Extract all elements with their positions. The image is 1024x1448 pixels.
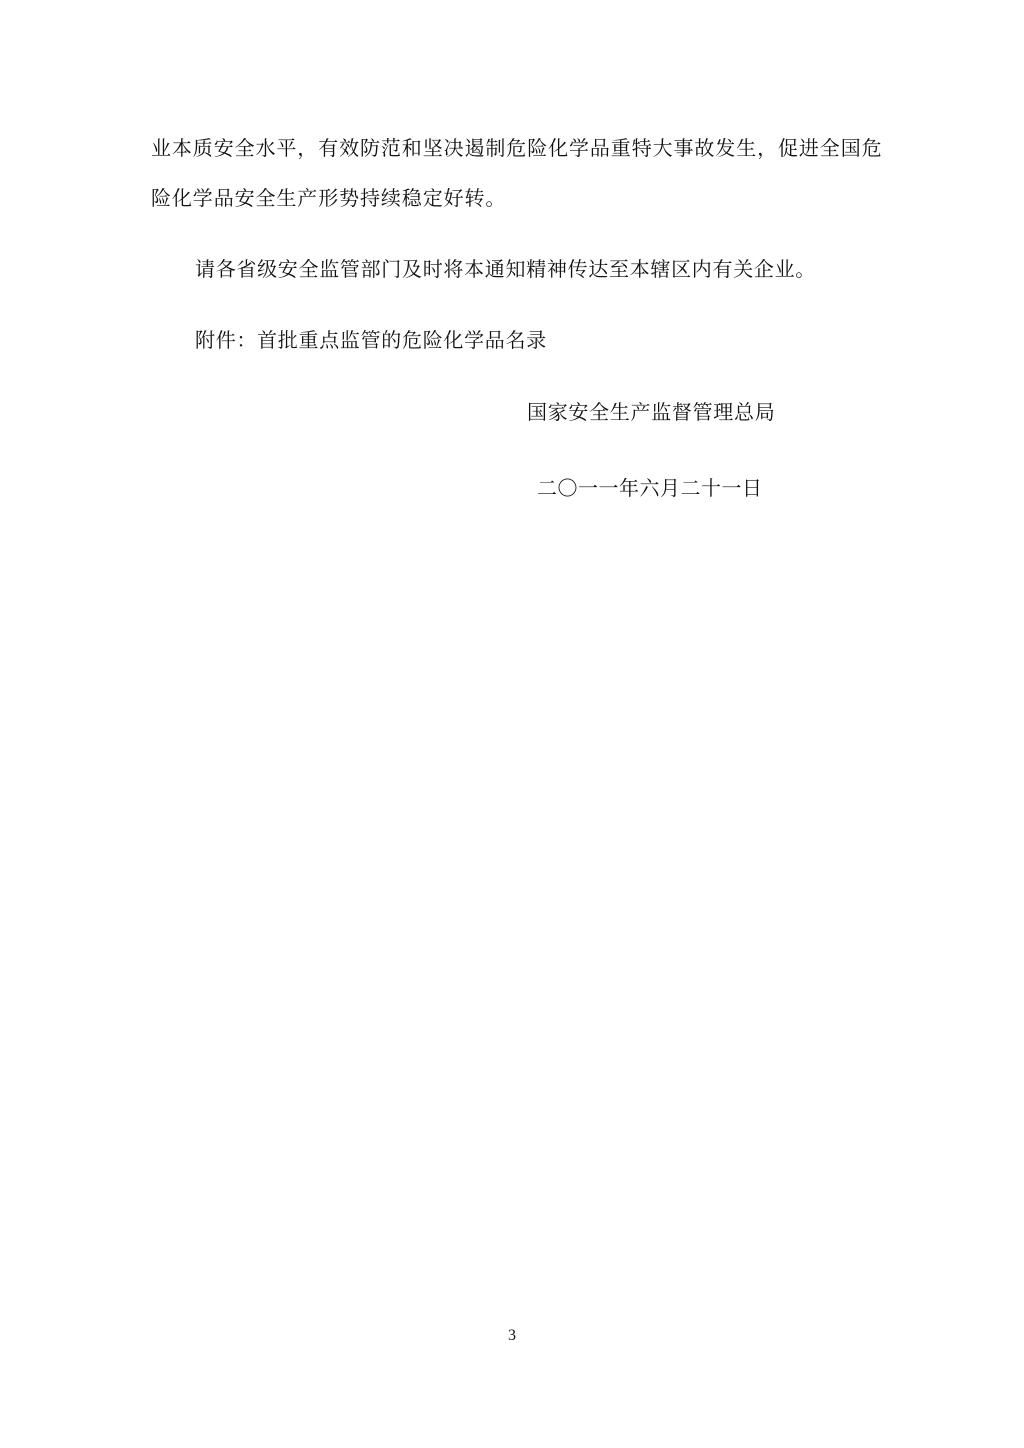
- issue-date: 二〇一一年六月二十一日: [537, 476, 763, 500]
- attachment-note: 附件：首批重点监管的危险化学品名录: [195, 328, 547, 352]
- issuer-signature: 国家安全生产监督管理总局: [527, 400, 775, 424]
- paragraph-line-1: 业本质安全水平，有效防范和坚决遏制危险化学品重特大事故发生，促进全国危: [151, 136, 883, 160]
- instruction-paragraph: 请各省级安全监管部门及时将本通知精神传达至本辖区内有关企业。: [195, 257, 816, 281]
- paragraph-line-2: 险化学品安全生产形势持续稳定好转。: [151, 186, 506, 210]
- page-number: 3: [0, 1327, 1024, 1345]
